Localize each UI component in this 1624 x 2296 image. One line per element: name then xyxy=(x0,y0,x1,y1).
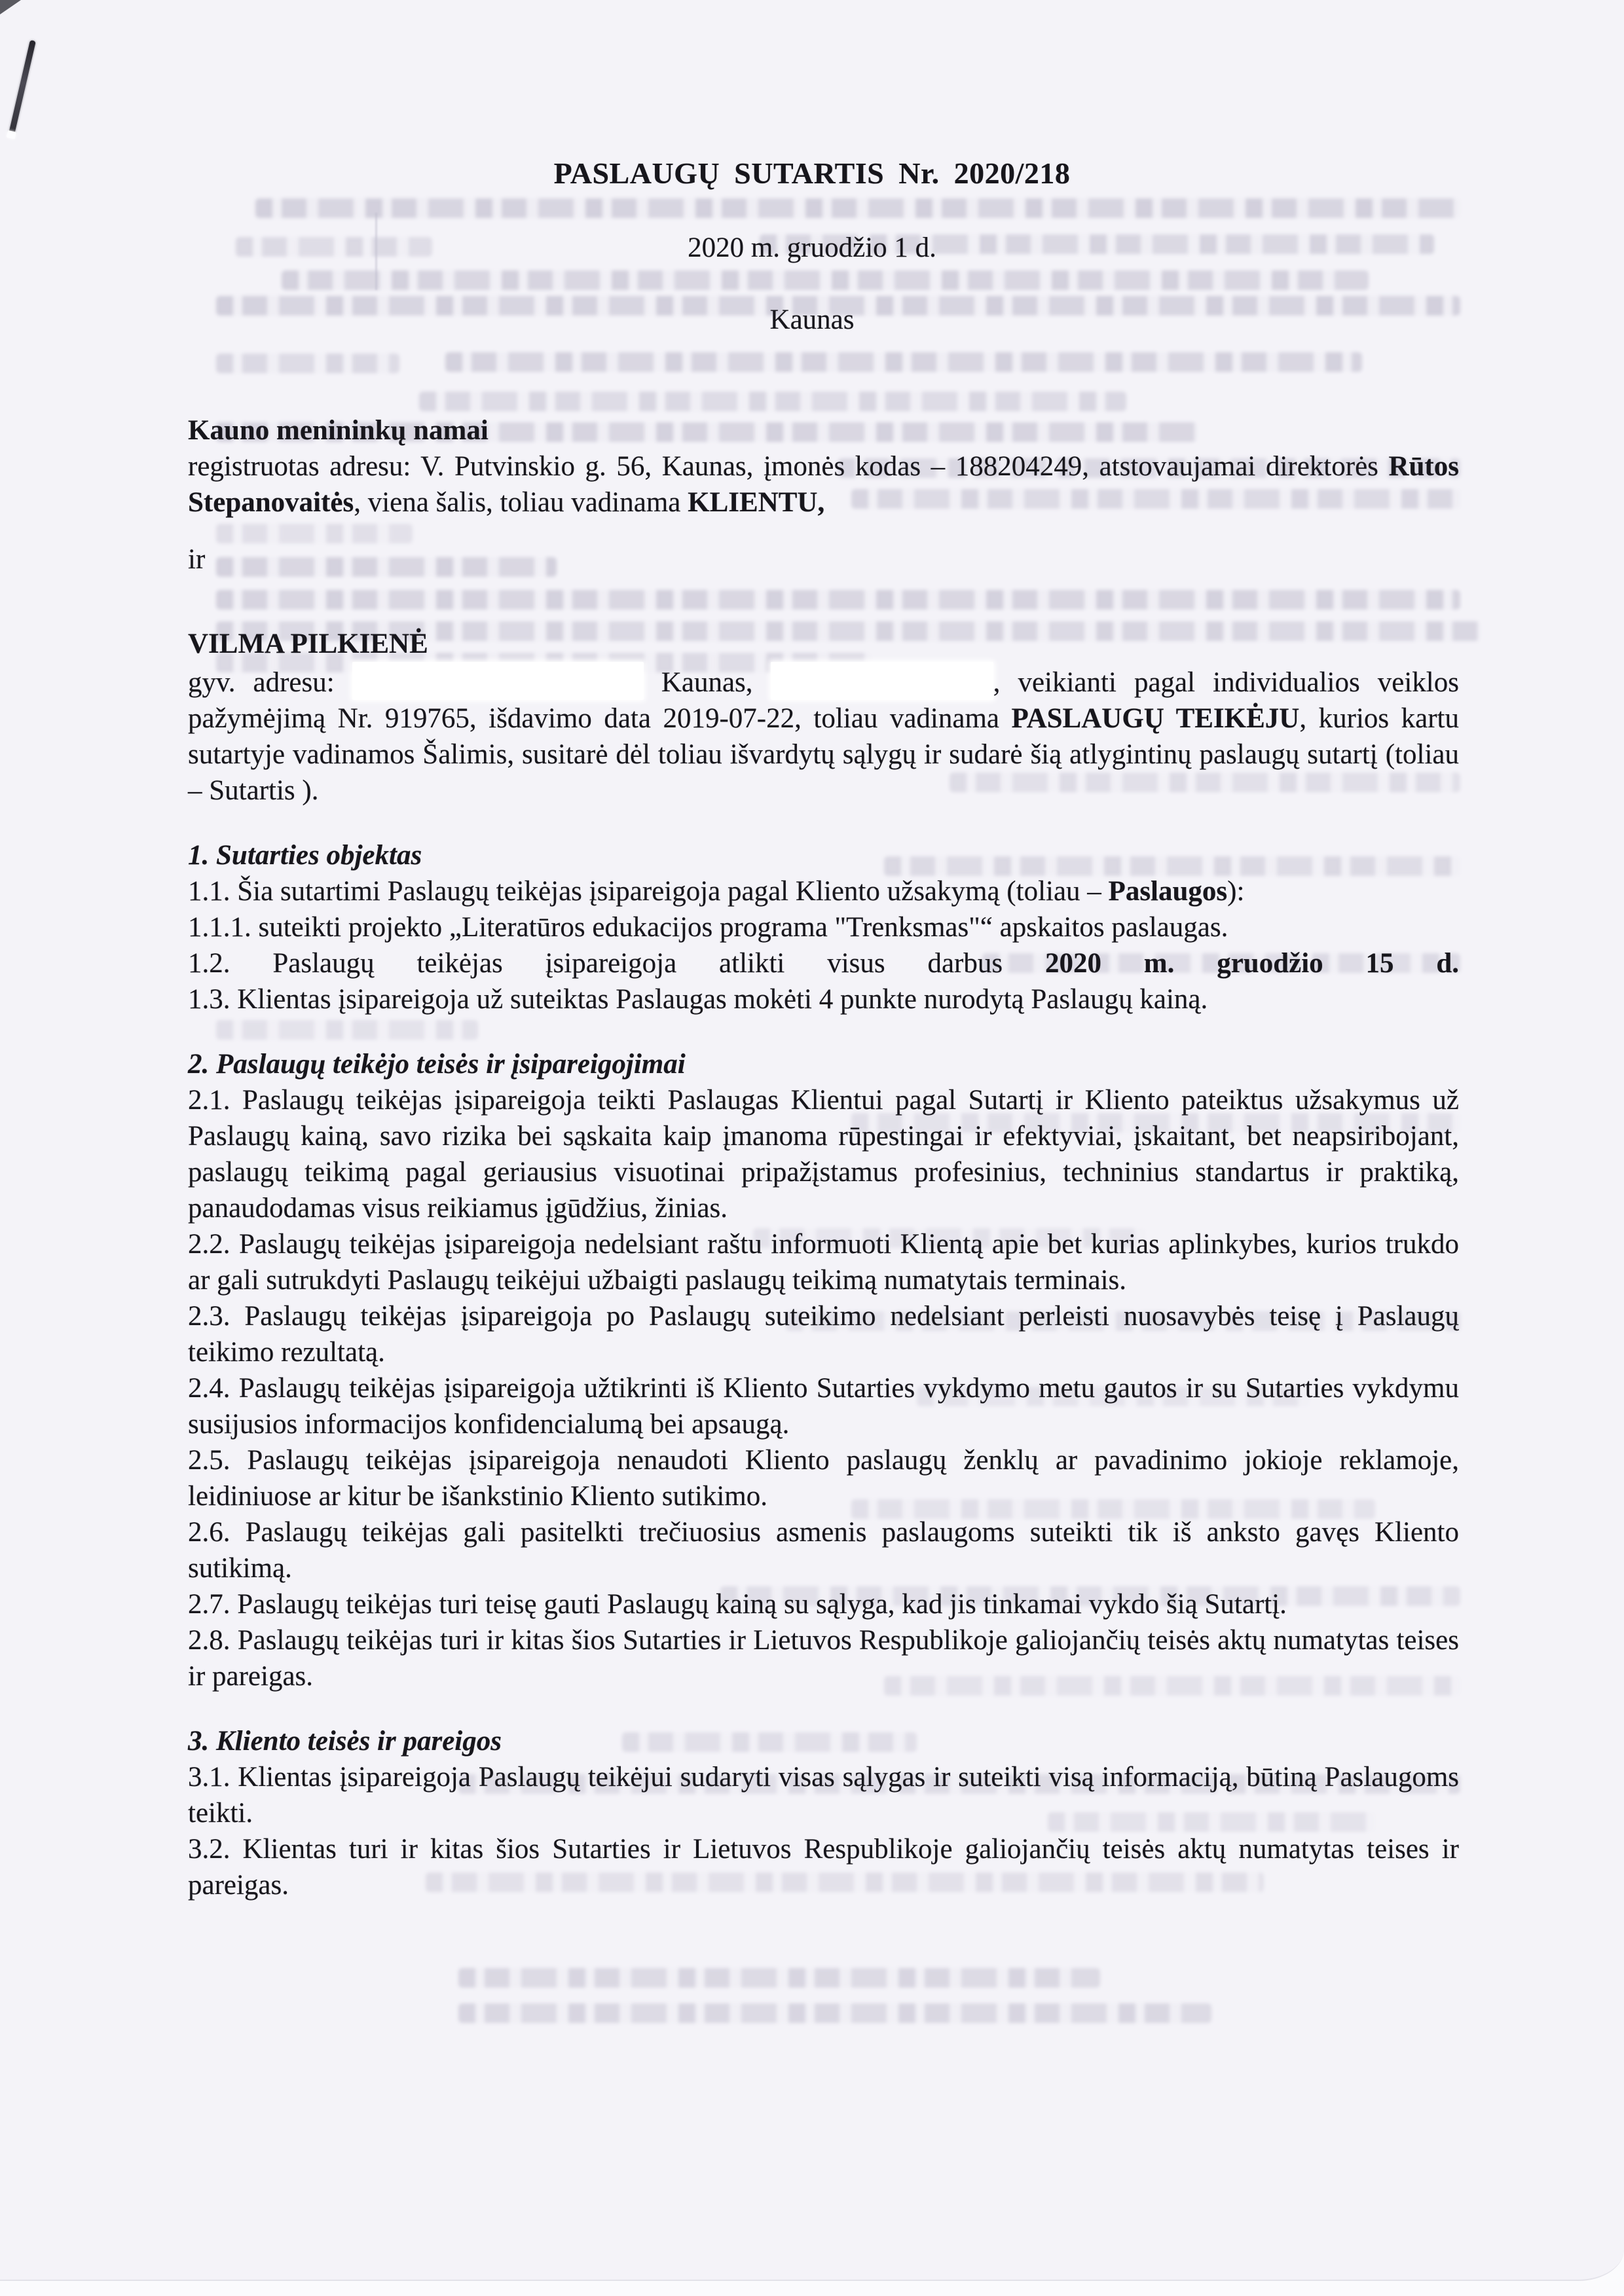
clause-3-2: 3.2. Klientas turi ir kitas šios Sutarti… xyxy=(188,1831,1459,1903)
contract-title: PASLAUGŲ SUTARTIS Nr. 2020/218 xyxy=(0,156,1624,191)
redaction-box xyxy=(352,662,644,700)
text-run: 2.2. Paslaugų teikėjas įsipareigoja nede… xyxy=(188,1229,1459,1296)
text-run: 2.6. Paslaugų teikėjas gali pasitelkti t… xyxy=(188,1517,1459,1584)
text-run: 1.2. Paslaugų teikėjas įsipareigoja atli… xyxy=(188,948,1045,979)
scanned-page: PASLAUGŲ SUTARTIS Nr. 2020/218 2020 m. g… xyxy=(0,0,1624,2281)
clause-2-1: 2.1. Paslaugų teikėjas įsipareigoja teik… xyxy=(188,1082,1459,1226)
clause-2-7: 2.7. Paslaugų teikėjas turi teisę gauti … xyxy=(188,1586,1459,1622)
bleed-through-ghost xyxy=(419,392,1126,411)
clause-1-3: 1.3. Klientas įsipareigoja už suteiktas … xyxy=(188,981,1459,1017)
text-run: 1.1. Šia sutartimi Paslaugų teikėjas įsi… xyxy=(188,876,1109,907)
section-heading: 1. Sutarties objektas xyxy=(188,837,1459,873)
text-run: 2.4. Paslaugų teikėjas įsipareigoja užti… xyxy=(188,1373,1459,1440)
text-run: 1.1.1. suteikti projekto „Literatūros ed… xyxy=(188,912,1228,943)
text-run: 1.3. Klientas įsipareigoja už suteiktas … xyxy=(188,984,1208,1015)
bleed-through-ghost xyxy=(445,352,1362,372)
text-run: 2.1. Paslaugų teikėjas įsipareigoja teik… xyxy=(188,1085,1459,1224)
text-run: 2.7. Paslaugų teikėjas turi teisę gauti … xyxy=(188,1589,1287,1620)
clause-2-8: 2.8. Paslaugų teikėjas turi ir kitas šio… xyxy=(188,1622,1459,1694)
text-run: KLIENTU, xyxy=(688,487,824,518)
clause-3-1: 3.1. Klientas įsipareigoja Paslaugų teik… xyxy=(188,1759,1459,1831)
text-run: gyv. adresu: xyxy=(188,667,352,698)
bleed-through-ghost xyxy=(255,198,1460,218)
scanned-contract-screenshot: { "document": { "title": "PASLAUGŲ SUTAR… xyxy=(0,0,1624,2296)
scan-corner-artifact xyxy=(0,0,21,14)
staple-mark xyxy=(9,40,36,136)
clause-2-5: 2.5. Paslaugų teikėjas įsipareigoja nena… xyxy=(188,1442,1459,1514)
text-run: ): xyxy=(1227,876,1244,907)
text-run: 2020 m. gruodžio 15 d. xyxy=(1045,948,1459,979)
client-name: Kauno menininkų namai xyxy=(188,412,1459,448)
clause-2-2: 2.2. Paslaugų teikėjas įsipareigoja nede… xyxy=(188,1226,1459,1298)
text-run: Kaunas, xyxy=(644,667,771,698)
section-heading: 3. Kliento teisės ir pareigos xyxy=(188,1723,1459,1759)
bleed-through-ghost xyxy=(282,270,1369,290)
text-run: , viena šalis, toliau vadinama xyxy=(354,487,688,518)
text-run: 2.5. Paslaugų teikėjas įsipareigoja nena… xyxy=(188,1445,1459,1512)
provider-info: gyv. adresu: Kaunas, , veikianti pagal i… xyxy=(188,662,1459,809)
text-run: 3.2. Klientas turi ir kitas šios Sutarti… xyxy=(188,1834,1459,1901)
section-heading: 2. Paslaugų teikėjo teisės ir įsipareigo… xyxy=(188,1046,1459,1082)
clause-2-3: 2.3. Paslaugų teikėjas įsipareigoja po P… xyxy=(188,1298,1459,1370)
text-run: 2.3. Paslaugų teikėjas įsipareigoja po P… xyxy=(188,1301,1459,1368)
contract-city: Kaunas xyxy=(0,304,1624,336)
bleed-through-ghost xyxy=(216,354,399,373)
contract-sections: 1. Sutarties objektas1.1. Šia sutartimi … xyxy=(188,837,1459,1903)
text-run: 3.1. Klientas įsipareigoja Paslaugų teik… xyxy=(188,1762,1459,1829)
clause-1-1-1: 1.1.1. suteikti projekto „Literatūros ed… xyxy=(188,909,1459,945)
clause-1-2: 1.2. Paslaugų teikėjas įsipareigoja atli… xyxy=(188,945,1459,981)
text-run: Paslaugos xyxy=(1109,876,1228,907)
contract-body: Kauno menininkų namai registruotas adres… xyxy=(188,412,1459,1903)
clause-1-1: 1.1. Šia sutartimi Paslaugų teikėjas įsi… xyxy=(188,873,1459,909)
text-run: 2.8. Paslaugų teikėjas turi ir kitas šio… xyxy=(188,1625,1459,1692)
bleed-through-ghost xyxy=(458,2003,1211,2023)
text-run: PASLAUGŲ TEIKĖJU xyxy=(1012,703,1300,734)
clause-2-6: 2.6. Paslaugų teikėjas gali pasitelkti t… xyxy=(188,1514,1459,1586)
clause-2-4: 2.4. Paslaugų teikėjas įsipareigoja užti… xyxy=(188,1370,1459,1442)
provider-name: VILMA PILKIENĖ xyxy=(188,626,1459,662)
bleed-through-ghost xyxy=(458,1968,1100,1988)
text-run: registruotas adresu: V. Putvinskio g. 56… xyxy=(188,451,1388,482)
contract-date: 2020 m. gruodžio 1 d. xyxy=(0,232,1624,264)
conjunction: ir xyxy=(188,541,1459,577)
redaction-box xyxy=(771,662,993,700)
client-info: registruotas adresu: V. Putvinskio g. 56… xyxy=(188,448,1459,520)
